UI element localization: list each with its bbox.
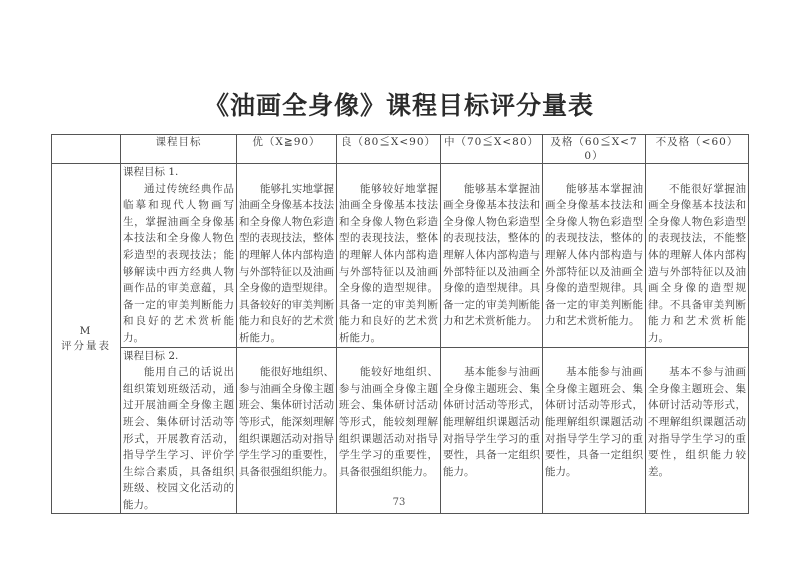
table-header-row: 课程目标 优（X≧90） 良（80≦X<90） 中（70≦X<80） 及格（60… [52, 135, 749, 164]
objective-text: 能用自己的话说出组织策划班级活动，通过开展油画全身像主题班会、集体研讨活动等形式… [123, 364, 234, 513]
medium-cell: 基本能参与油画全身像主题班会、集体研讨活动等形式，能理解组织课题活动对指导学生学… [441, 347, 543, 514]
header-good: 良（80≦X<90） [337, 135, 441, 164]
excellent-text: 能很好地组织、参与油画全身像主题班会、集体研讨活动等形式，能深刻理解组织课题活动… [239, 364, 334, 480]
medium-text: 基本能参与油画全身像主题班会、集体研讨活动等形式，能理解组织课题活动对指导学生学… [443, 364, 540, 480]
header-medium: 中（70≦X<80） [441, 135, 543, 164]
good-text: 能较好地组织、参与油画全身像主题班会、集体研讨活动等形式，能较刻理解组织课题活动… [339, 364, 438, 480]
corner-cell [52, 135, 121, 164]
objective-text: 通过传统经典作品临摹和现代人物画写生，掌握油画全身像基本技法和全身像人物色彩造型… [123, 181, 234, 347]
fail-text: 基本不参与油画全身像主题班会、集体研讨活动等形式，不理解组织课题活动对指导学生学… [648, 364, 746, 480]
side-label-text: 评分量表 [61, 340, 111, 352]
header-excellent: 优（X≧90） [237, 135, 337, 164]
objective-label: 课程目标 2. [123, 348, 234, 365]
header-pass: 及格（60≦X<70） [543, 135, 646, 164]
document-title: 《油画全身像》课程目标评分量表 [0, 86, 798, 122]
pass-text: 基本能参与油画全身像主题班会、集体研讨活动等形式，能理解组织课题活动对指导学生学… [545, 364, 643, 480]
excellent-cell: 能很好地组织、参与油画全身像主题班会、集体研讨活动等形式，能深刻理解组织课题活动… [237, 347, 337, 514]
medium-cell: 能够基本掌握油画全身像基本技法和全身像人物色彩造型的表现技法，整体的理解人体内部… [441, 164, 543, 348]
header-objective: 课程目标 [121, 135, 237, 164]
objective-cell: 课程目标 2. 能用自己的话说出组织策划班级活动，通过开展油画全身像主题班会、集… [121, 347, 237, 514]
medium-text: 能够基本掌握油画全身像基本技法和全身像人物色彩造型的表现技法，整体的理解人体内部… [443, 181, 540, 330]
excellent-text: 能够扎实地掌握油画全身像基本技法和全身像人物色彩造型的表现技法，整体的理解人体内… [239, 181, 334, 347]
page-number: 73 [0, 497, 798, 508]
pass-cell: 能够基本掌握油画全身像基本技法和全身像人物色彩造型的表现技法，整体的理解人体内部… [543, 164, 646, 348]
fail-cell: 不能很好掌握油画全身像基本技法和全身像人物色彩造型的表现技法，不能整体的理解人体… [646, 164, 749, 348]
fail-cell: 基本不参与油画全身像主题班会、集体研讨活动等形式，不理解组织课题活动对指导学生学… [646, 347, 749, 514]
rubric-table: 课程目标 优（X≧90） 良（80≦X<90） 中（70≦X<80） 及格（60… [51, 134, 749, 514]
pass-cell: 基本能参与油画全身像主题班会、集体研讨活动等形式，能理解组织课题活动对指导学生学… [543, 347, 646, 514]
good-cell: 能较好地组织、参与油画全身像主题班会、集体研讨活动等形式，能较刻理解组织课题活动… [337, 347, 441, 514]
good-cell: 能够较好地掌握油画全身像基本技法和全身像人物色彩造型的表现技法，整体的理解人体内… [337, 164, 441, 348]
side-label-code: M [80, 325, 93, 337]
header-fail: 不及格（<60） [646, 135, 749, 164]
excellent-cell: 能够扎实地掌握油画全身像基本技法和全身像人物色彩造型的表现技法，整体的理解人体内… [237, 164, 337, 348]
pass-text: 能够基本掌握油画全身像基本技法和全身像人物色彩造型的表现技法，整体的理解人体内部… [545, 181, 643, 330]
table-row: M 评分量表 课程目标 1. 通过传统经典作品临摹和现代人物画写生，掌握油画全身… [52, 164, 749, 348]
good-text: 能够较好地掌握油画全身像基本技法和全身像人物色彩造型的表现技法，整体的理解人体内… [339, 181, 438, 347]
objective-label: 课程目标 1. [123, 164, 234, 181]
side-label-cell: M 评分量表 [52, 164, 121, 514]
objective-cell: 课程目标 1. 通过传统经典作品临摹和现代人物画写生，掌握油画全身像基本技法和全… [121, 164, 237, 348]
fail-text: 不能很好掌握油画全身像基本技法和全身像人物色彩造型的表现技法，不能整体的理解人体… [648, 181, 746, 347]
table-row: 课程目标 2. 能用自己的话说出组织策划班级活动，通过开展油画全身像主题班会、集… [52, 347, 749, 514]
